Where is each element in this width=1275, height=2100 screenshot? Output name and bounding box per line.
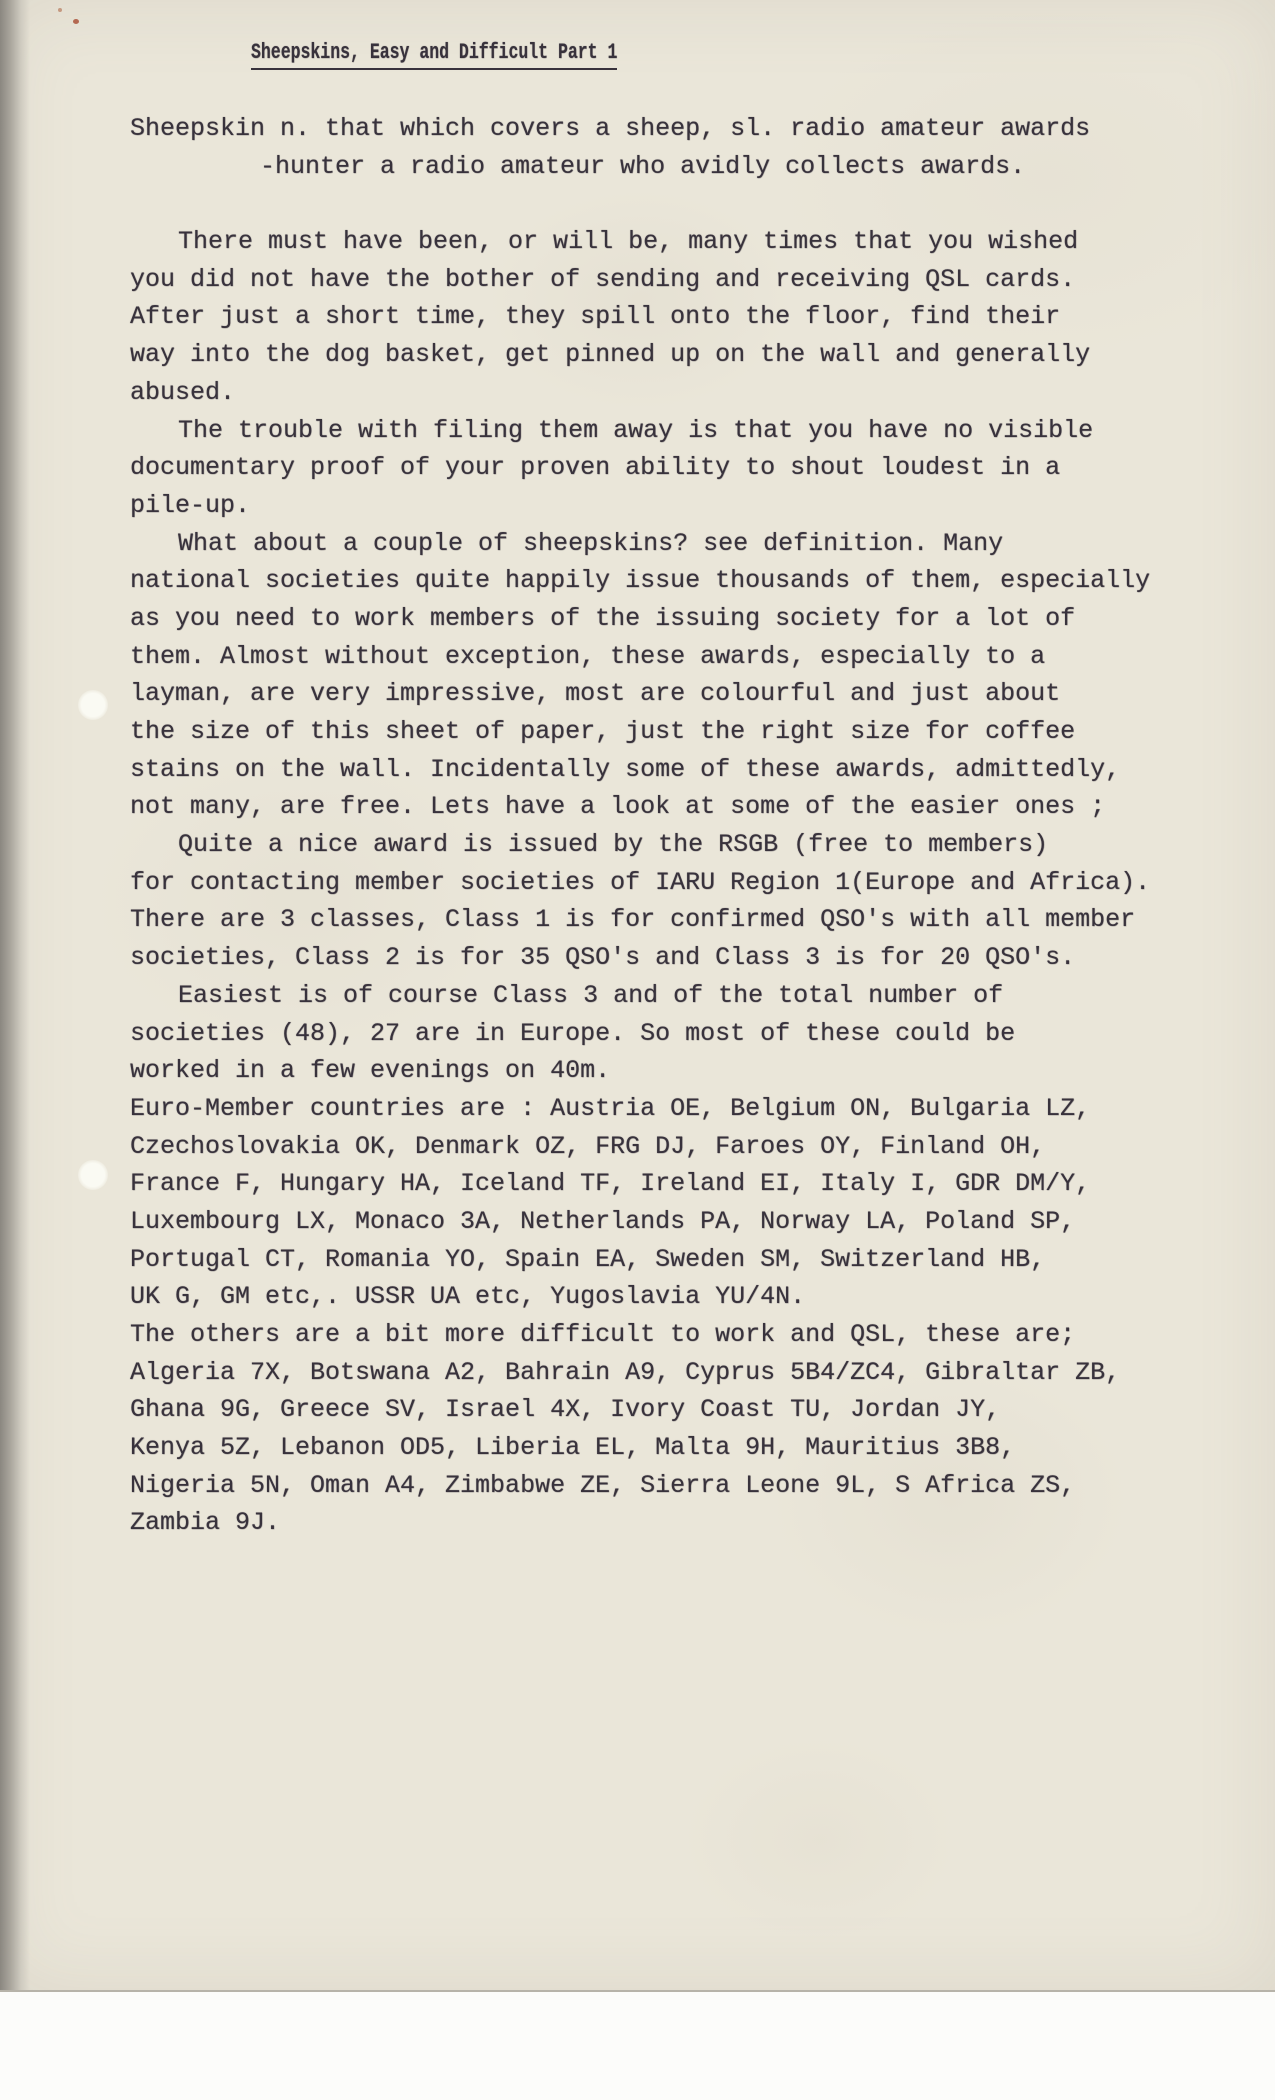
text-line: Ghana 9G, Greece SV, Israel 4X, Ivory Co…	[130, 1391, 1190, 1429]
text-line: The trouble with filing them away is tha…	[130, 412, 1190, 450]
text-line: not many, are free. Lets have a look at …	[130, 788, 1190, 826]
scanner-bed	[0, 1992, 1275, 2100]
text-line: Easiest is of course Class 3 and of the …	[130, 977, 1190, 1015]
text-line: Algeria 7X, Botswana A2, Bahrain A9, Cyp…	[130, 1354, 1190, 1392]
hole-punch-bottom	[78, 1160, 108, 1190]
text-line: What about a couple of sheepskins? see d…	[130, 525, 1190, 563]
text-line: There are 3 classes, Class 1 is for conf…	[130, 901, 1190, 939]
text-line: Portugal CT, Romania YO, Spain EA, Swede…	[130, 1241, 1190, 1279]
text-line: national societies quite happily issue t…	[130, 562, 1190, 600]
text-line: for contacting member societies of IARU …	[130, 864, 1190, 902]
blank-line	[130, 185, 1190, 223]
text-line: abused.	[130, 374, 1190, 412]
text-line: Zambia 9J.	[130, 1504, 1190, 1542]
text-line: layman, are very impressive, most are co…	[130, 675, 1190, 713]
text-line: societies, Class 2 is for 35 QSO's and C…	[130, 939, 1190, 977]
text-line: pile-up.	[130, 487, 1190, 525]
hole-punch-top	[78, 690, 108, 720]
text-line: way into the dog basket, get pinned up o…	[130, 336, 1190, 374]
text-line: Quite a nice award is issued by the RSGB…	[130, 826, 1190, 864]
scan-speck	[58, 8, 62, 12]
text-line: worked in a few evenings on 40m.	[130, 1052, 1190, 1090]
scan-speck	[73, 19, 79, 24]
text-line: Euro-Member countries are : Austria OE, …	[130, 1090, 1190, 1128]
page-title: Sheepskins, Easy and Difficult Part 1	[251, 40, 739, 70]
text-line: After just a short time, they spill onto…	[130, 298, 1190, 336]
text-line: UK G, GM etc,. USSR UA etc, Yugoslavia Y…	[130, 1278, 1190, 1316]
text-line: France F, Hungary HA, Iceland TF, Irelan…	[130, 1165, 1190, 1203]
page-title-text: Sheepskins, Easy and Difficult Part 1	[251, 40, 617, 70]
text-line: societies (48), 27 are in Europe. So mos…	[130, 1015, 1190, 1053]
text-line: stains on the wall. Incidentally some of…	[130, 751, 1190, 789]
text-line: Czechoslovakia OK, Denmark OZ, FRG DJ, F…	[130, 1128, 1190, 1166]
text-line: -hunter a radio amateur who avidly colle…	[130, 148, 1190, 186]
text-line: Kenya 5Z, Lebanon OD5, Liberia EL, Malta…	[130, 1429, 1190, 1467]
document-body: Sheepskin n. that which covers a sheep, …	[130, 110, 1190, 1542]
text-line: There must have been, or will be, many t…	[130, 223, 1190, 261]
text-line: documentary proof of your proven ability…	[130, 449, 1190, 487]
text-line: Luxembourg LX, Monaco 3A, Netherlands PA…	[130, 1203, 1190, 1241]
text-line: The others are a bit more difficult to w…	[130, 1316, 1190, 1354]
text-line: you did not have the bother of sending a…	[130, 261, 1190, 299]
scanned-document: Sheepskins, Easy and Difficult Part 1 Sh…	[0, 0, 1275, 2100]
text-line: Sheepskin n. that which covers a sheep, …	[130, 110, 1190, 148]
text-line: Nigeria 5N, Oman A4, Zimbabwe ZE, Sierra…	[130, 1467, 1190, 1505]
scan-edge-shadow	[0, 0, 30, 1990]
text-line: them. Almost without exception, these aw…	[130, 638, 1190, 676]
text-line: the size of this sheet of paper, just th…	[130, 713, 1190, 751]
text-line: as you need to work members of the issui…	[130, 600, 1190, 638]
